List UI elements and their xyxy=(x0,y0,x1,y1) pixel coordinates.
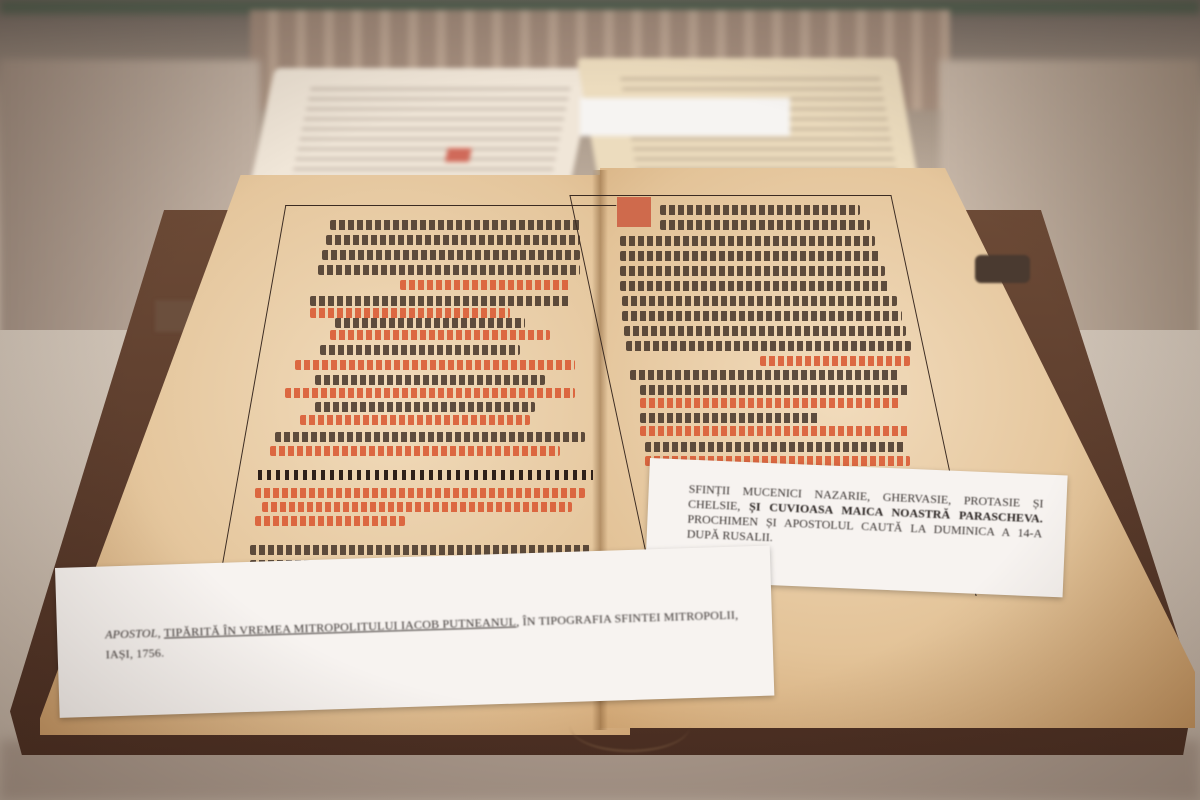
exhibit-label-title: APOSTOL xyxy=(105,626,158,642)
exhibit-label-right-text: SFINȚII MUCENICI NAZARIE, GHERVASIE, PRO… xyxy=(687,482,1044,557)
bookmark-strings xyxy=(570,700,690,752)
background-book-label xyxy=(580,98,790,136)
book-clasp-right xyxy=(975,255,1030,283)
exhibit-label-bottom: APOSTOL, TIPĂRITĂ ÎN VREMEA MITROPOLITUL… xyxy=(55,546,774,718)
exhibit-label-underlined: TIPĂRITĂ ÎN VREMEA MITROPOLITULUI IACOB … xyxy=(164,615,517,640)
decorated-initial xyxy=(617,197,651,227)
museum-display-photo: SFINȚII MUCENICI NAZARIE, GHERVASIE, PRO… xyxy=(0,0,1200,800)
exhibit-label-bottom-text: APOSTOL, TIPĂRITĂ ÎN VREMEA MITROPOLITUL… xyxy=(105,604,746,664)
